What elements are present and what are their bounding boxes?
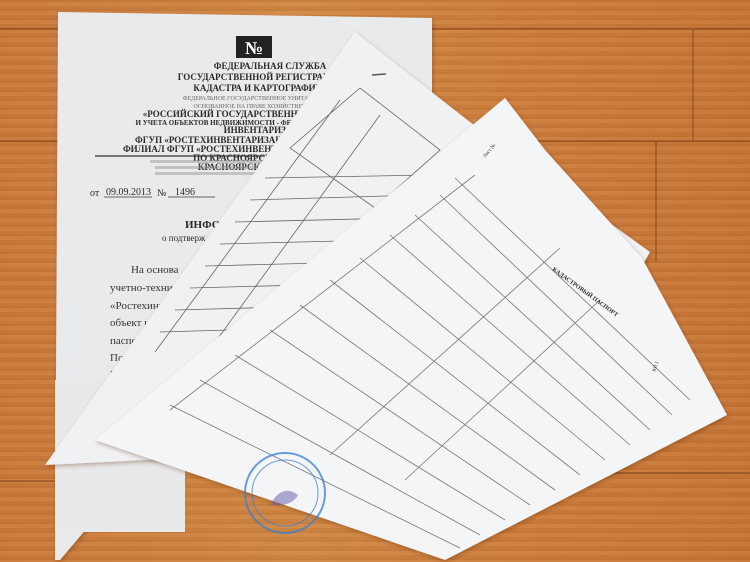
svg-text:№: № (157, 188, 167, 199)
svg-text:КАДАСТРА И КАРТОГРАФИИ: КАДАСТРА И КАРТОГРАФИИ (193, 83, 322, 93)
svg-text:о подтверж: о подтверж (162, 233, 206, 243)
letter-date: 09.09.2013 (106, 187, 151, 198)
svg-text:На основа: На основа (131, 264, 179, 276)
svg-text:ФЕДЕРАЛЬНАЯ СЛУЖБА: ФЕДЕРАЛЬНАЯ СЛУЖБА (214, 61, 327, 71)
documents: № ФЕДЕРАЛЬНАЯ СЛУЖБА ГОСУДАРСТВЕННОЙ РЕГ… (0, 0, 750, 562)
svg-text:от: от (90, 188, 100, 199)
logo-glyph: № (245, 38, 263, 58)
letter-number: 1496 (175, 187, 195, 198)
